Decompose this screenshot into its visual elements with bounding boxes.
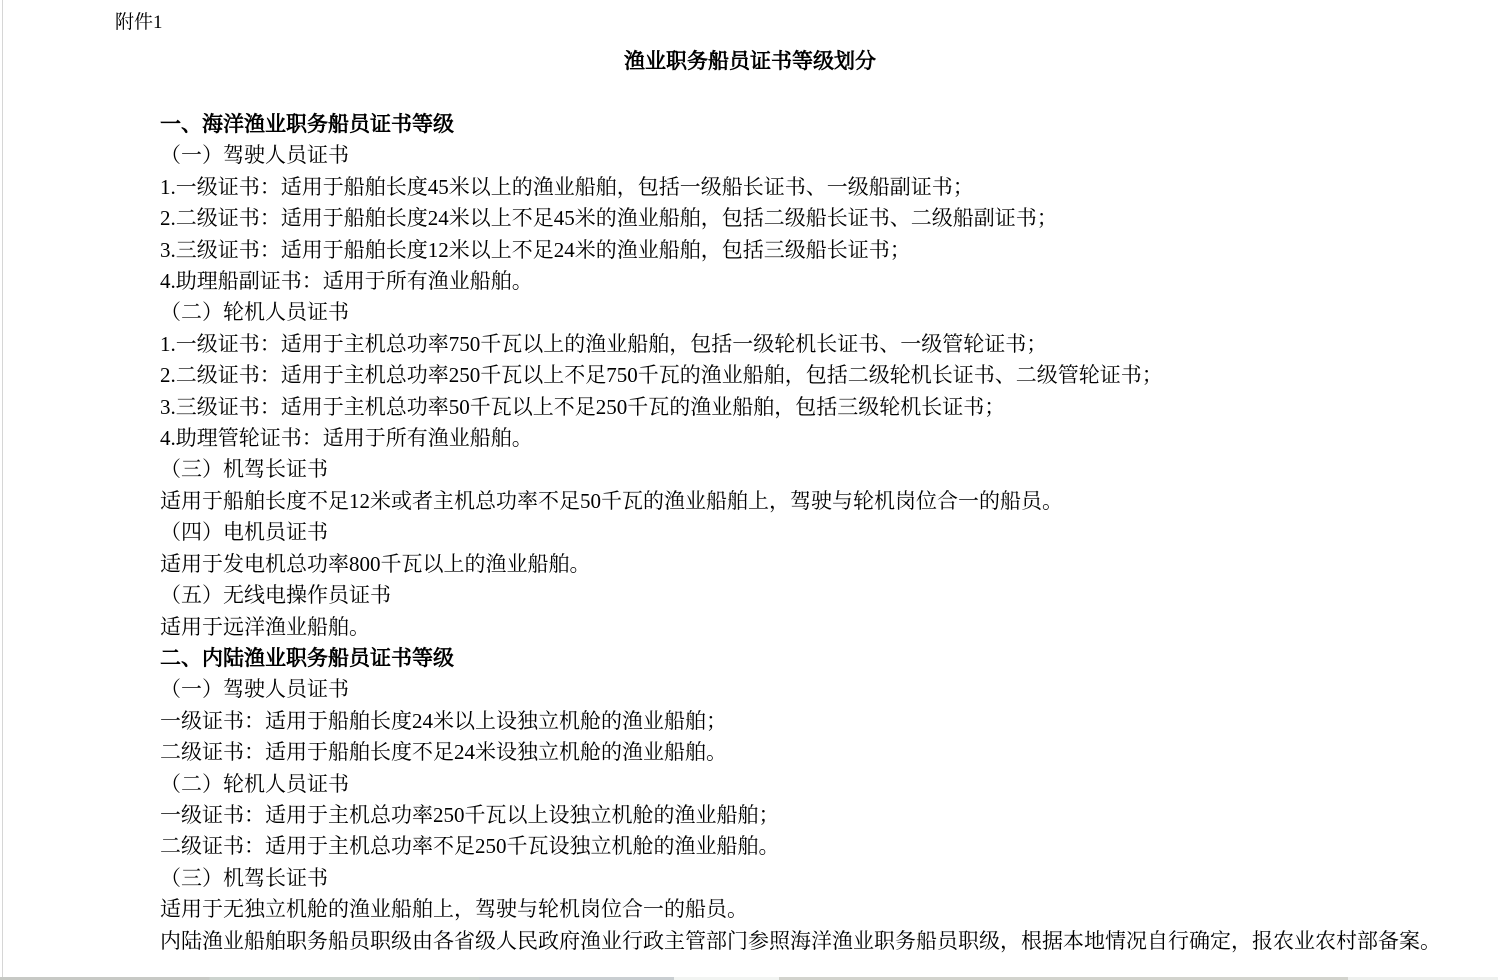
body-line: 二级证书：适用于主机总功率不足250千瓦设独立机舱的渔业船舶。: [115, 831, 1498, 862]
document-paragraphs: 一、海洋渔业职务船员证书等级（一）驾驶人员证书1.一级证书：适用于船舶长度45米…: [115, 109, 1498, 957]
body-line: 适用于发电机总功率800千瓦以上的渔业船舶。: [115, 549, 1498, 580]
body-line: 1.一级证书：适用于主机总功率750千瓦以上的渔业船舶，包括一级轮机长证书、一级…: [115, 329, 1498, 360]
body-line: 2.二级证书：适用于船舶长度24米以上不足45米的渔业船舶，包括二级船长证书、二…: [115, 203, 1498, 234]
section-heading: 一、海洋渔业职务船员证书等级: [115, 109, 1498, 140]
subsection-heading: （二）轮机人员证书: [115, 297, 1498, 328]
body-line: 2.二级证书：适用于主机总功率250千瓦以上不足750千瓦的渔业船舶，包括二级轮…: [115, 360, 1498, 391]
body-line: 1.一级证书：适用于船舶长度45米以上的渔业船舶，包括一级船长证书、一级船副证书…: [115, 172, 1498, 203]
body-line: 4.助理船副证书：适用于所有渔业船舶。: [115, 266, 1498, 297]
body-line: 3.三级证书：适用于主机总功率50千瓦以上不足250千瓦的渔业船舶，包括三级轮机…: [115, 392, 1498, 423]
body-line: 适用于无独立机舱的渔业船舶上，驾驶与轮机岗位合一的船员。: [115, 894, 1498, 925]
attachment-label: 附件1: [115, 8, 1498, 38]
section-heading: 二、内陆渔业职务船员证书等级: [115, 643, 1498, 674]
subsection-heading: （三）机驾长证书: [115, 863, 1498, 894]
subsection-heading: （一）驾驶人员证书: [115, 140, 1498, 171]
body-line: 一级证书：适用于主机总功率250千瓦以上设独立机舱的渔业船舶；: [115, 800, 1498, 831]
body-line: 二级证书：适用于船舶长度不足24米设独立机舱的渔业船舶。: [115, 737, 1498, 768]
subsection-heading: （五）无线电操作员证书: [115, 580, 1498, 611]
subsection-heading: （三）机驾长证书: [115, 454, 1498, 485]
subsection-heading: （四）电机员证书: [115, 517, 1498, 548]
document-page: 附件1 渔业职务船员证书等级划分 一、海洋渔业职务船员证书等级（一）驾驶人员证书…: [0, 0, 1498, 980]
subsection-heading: （一）驾驶人员证书: [115, 674, 1498, 705]
body-line: 3.三级证书：适用于船舶长度12米以上不足24米的渔业船舶，包括三级船长证书；: [115, 235, 1498, 266]
body-line: 适用于远洋渔业船舶。: [115, 612, 1498, 643]
window-left-border: [2, 0, 3, 980]
body-line: 内陆渔业船舶职务船员职级由各省级人民政府渔业行政主管部门参照海洋渔业职务船员职级…: [115, 926, 1498, 957]
body-line: 一级证书：适用于船舶长度24米以上设独立机舱的渔业船舶；: [115, 706, 1498, 737]
document-title: 渔业职务船员证书等级划分: [115, 46, 1385, 76]
body-line: 4.助理管轮证书：适用于所有渔业船舶。: [115, 423, 1498, 454]
body-line: 适用于船舶长度不足12米或者主机总功率不足50千瓦的渔业船舶上，驾驶与轮机岗位合…: [115, 486, 1498, 517]
subsection-heading: （二）轮机人员证书: [115, 769, 1498, 800]
document-content: 附件1 渔业职务船员证书等级划分 一、海洋渔业职务船员证书等级（一）驾驶人员证书…: [115, 8, 1498, 957]
